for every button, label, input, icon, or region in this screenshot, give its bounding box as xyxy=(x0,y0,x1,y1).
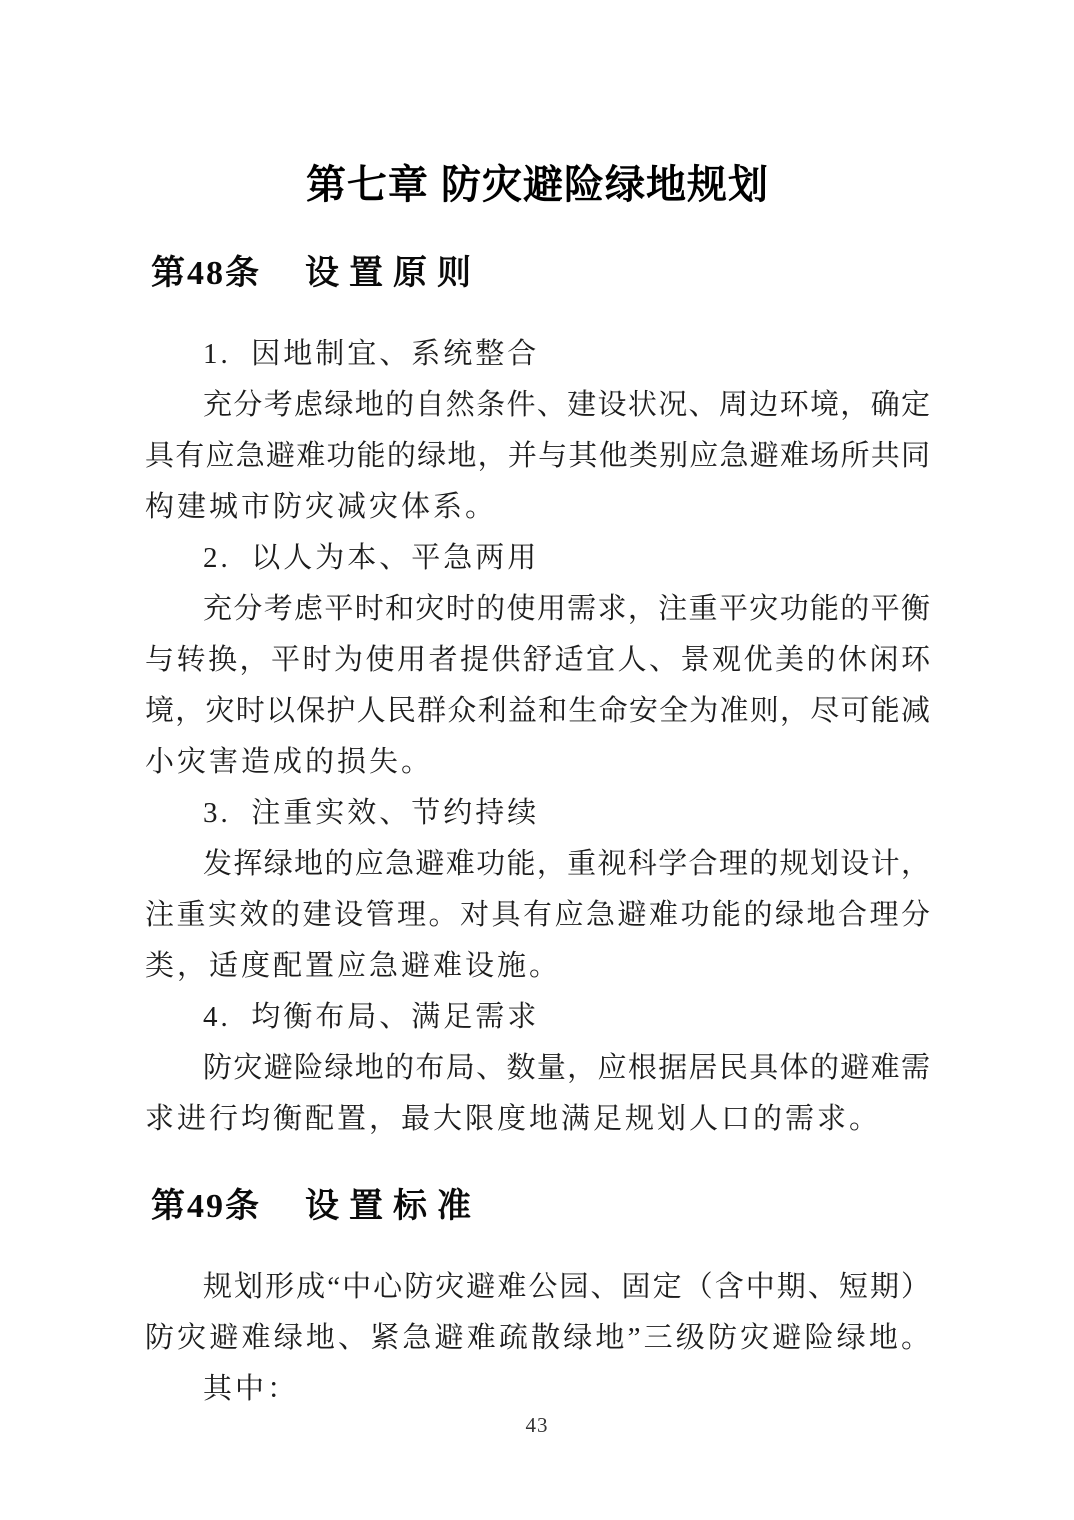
text-line: 2. 以人为本、平急两用 xyxy=(145,533,930,584)
text-line: 构建城市防灾减灾体系。 xyxy=(145,482,930,533)
paragraph: 其中： xyxy=(145,1364,930,1415)
text-line: 防灾避难绿地、紧急避难疏散绿地”三级防灾避险绿地。 xyxy=(145,1313,930,1364)
document-page: 第七章 防灾避险绿地规划 第48条设置原则1. 因地制宜、系统整合充分考虑绿地的… xyxy=(0,0,1074,1520)
article-heading: 第48条设置原则 xyxy=(151,250,930,298)
text-line: 注重实效的建设管理。对具有应急避难功能的绿地合理分 xyxy=(145,890,930,941)
chapter-title: 第七章 防灾避险绿地规划 xyxy=(145,158,930,212)
article-number: 第48条 xyxy=(151,255,261,292)
text-line: 1. 因地制宜、系统整合 xyxy=(145,329,930,380)
text-line: 境，灾时以保护人民群众利益和生命安全为准则，尽可能减 xyxy=(145,686,930,737)
text-line: 小灾害造成的损失。 xyxy=(145,737,930,788)
text-line: 与转换，平时为使用者提供舒适宜人、景观优美的休闲环 xyxy=(145,635,930,686)
document-content: 第七章 防灾避险绿地规划 第48条设置原则1. 因地制宜、系统整合充分考虑绿地的… xyxy=(145,158,930,1415)
paragraph: 充分考虑平时和灾时的使用需求，注重平灾功能的平衡与转换，平时为使用者提供舒适宜人… xyxy=(145,584,930,788)
paragraph: 规划形成“中心防灾避难公园、固定（含中期、短期）防灾避难绿地、紧急避难疏散绿地”… xyxy=(145,1262,930,1364)
paragraph: 防灾避险绿地的布局、数量，应根据居民具体的避难需求进行均衡配置，最大限度地满足规… xyxy=(145,1043,930,1145)
text-line: 其中： xyxy=(145,1364,930,1415)
numbered-item: 3. 注重实效、节约持续 xyxy=(145,788,930,839)
page-number: 43 xyxy=(0,1413,1074,1438)
text-line: 3. 注重实效、节约持续 xyxy=(145,788,930,839)
text-line: 充分考虑绿地的自然条件、建设状况、周边环境，确定 xyxy=(145,380,930,431)
text-line: 类，适度配置应急避难设施。 xyxy=(145,941,930,992)
text-line: 4. 均衡布局、满足需求 xyxy=(145,992,930,1043)
text-line: 充分考虑平时和灾时的使用需求，注重平灾功能的平衡 xyxy=(145,584,930,635)
numbered-item: 2. 以人为本、平急两用 xyxy=(145,533,930,584)
text-line: 规划形成“中心防灾避难公园、固定（含中期、短期） xyxy=(145,1262,930,1313)
paragraph: 发挥绿地的应急避难功能，重视科学合理的规划设计，注重实效的建设管理。对具有应急避… xyxy=(145,839,930,992)
text-line: 具有应急避难功能的绿地，并与其他类别应急避难场所共同 xyxy=(145,431,930,482)
article-number: 第49条 xyxy=(151,1188,261,1225)
article-title: 设置标准 xyxy=(305,1188,481,1225)
text-line: 发挥绿地的应急避难功能，重视科学合理的规划设计， xyxy=(145,839,930,890)
numbered-item: 1. 因地制宜、系统整合 xyxy=(145,329,930,380)
text-line: 防灾避险绿地的布局、数量，应根据居民具体的避难需 xyxy=(145,1043,930,1094)
paragraph: 充分考虑绿地的自然条件、建设状况、周边环境，确定具有应急避难功能的绿地，并与其他… xyxy=(145,380,930,533)
document-body: 第48条设置原则1. 因地制宜、系统整合充分考虑绿地的自然条件、建设状况、周边环… xyxy=(145,250,930,1415)
numbered-item: 4. 均衡布局、满足需求 xyxy=(145,992,930,1043)
article-title: 设置原则 xyxy=(305,255,481,292)
article-heading: 第49条设置标准 xyxy=(151,1183,930,1231)
text-line: 求进行均衡配置，最大限度地满足规划人口的需求。 xyxy=(145,1094,930,1145)
